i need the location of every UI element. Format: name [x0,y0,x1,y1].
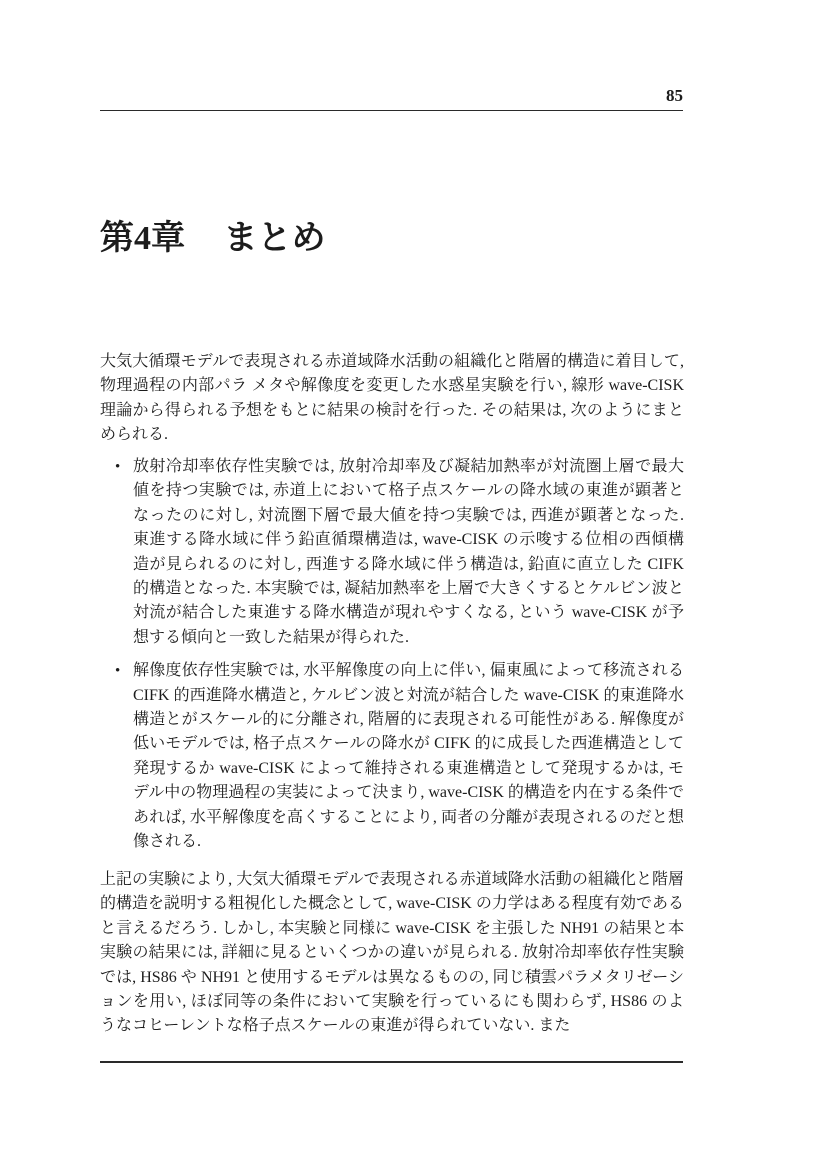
list-item-text: 解像度依存性実験では, 水平解像度の向上に伴い, 偏東風によって移流される CI… [133,662,684,850]
chapter-title: まとめ [224,220,326,257]
bullet-icon: • [115,659,120,683]
summary-list: • 放射冷却率依存性実験では, 放射冷却率及び凝結加熱率が対流圏上層で最大値を持… [100,455,684,864]
document-page: 85 第4章 まとめ 大気大循環モデルで表現される赤道域降水活動の組織化と階層的… [0,0,826,1169]
intro-paragraph: 大気大循環モデルで表現される赤道域降水活動の組織化と階層的構造に着目して, 物理… [100,350,684,448]
list-item: • 放射冷却率依存性実験では, 放射冷却率及び凝結加熱率が対流圏上層で最大値を持… [100,455,684,650]
list-item: • 解像度依存性実験では, 水平解像度の向上に伴い, 偏東風によって移流される … [100,659,684,854]
footer-rule [100,1061,683,1063]
closing-paragraph: 上記の実験により, 大気大循環モデルで表現される赤道域降水活動の組織化と階層的構… [100,868,684,1039]
list-item-text: 放射冷却率依存性実験では, 放射冷却率及び凝結加熱率が対流圏上層で最大値を持つ実… [133,458,684,646]
bullet-icon: • [115,455,120,479]
header-rule [100,110,683,111]
page-number: 85 [666,86,683,105]
chapter-number: 第4章 [100,220,185,257]
chapter-heading: 第4章 まとめ [100,219,326,258]
page-header: 85 [100,84,683,108]
